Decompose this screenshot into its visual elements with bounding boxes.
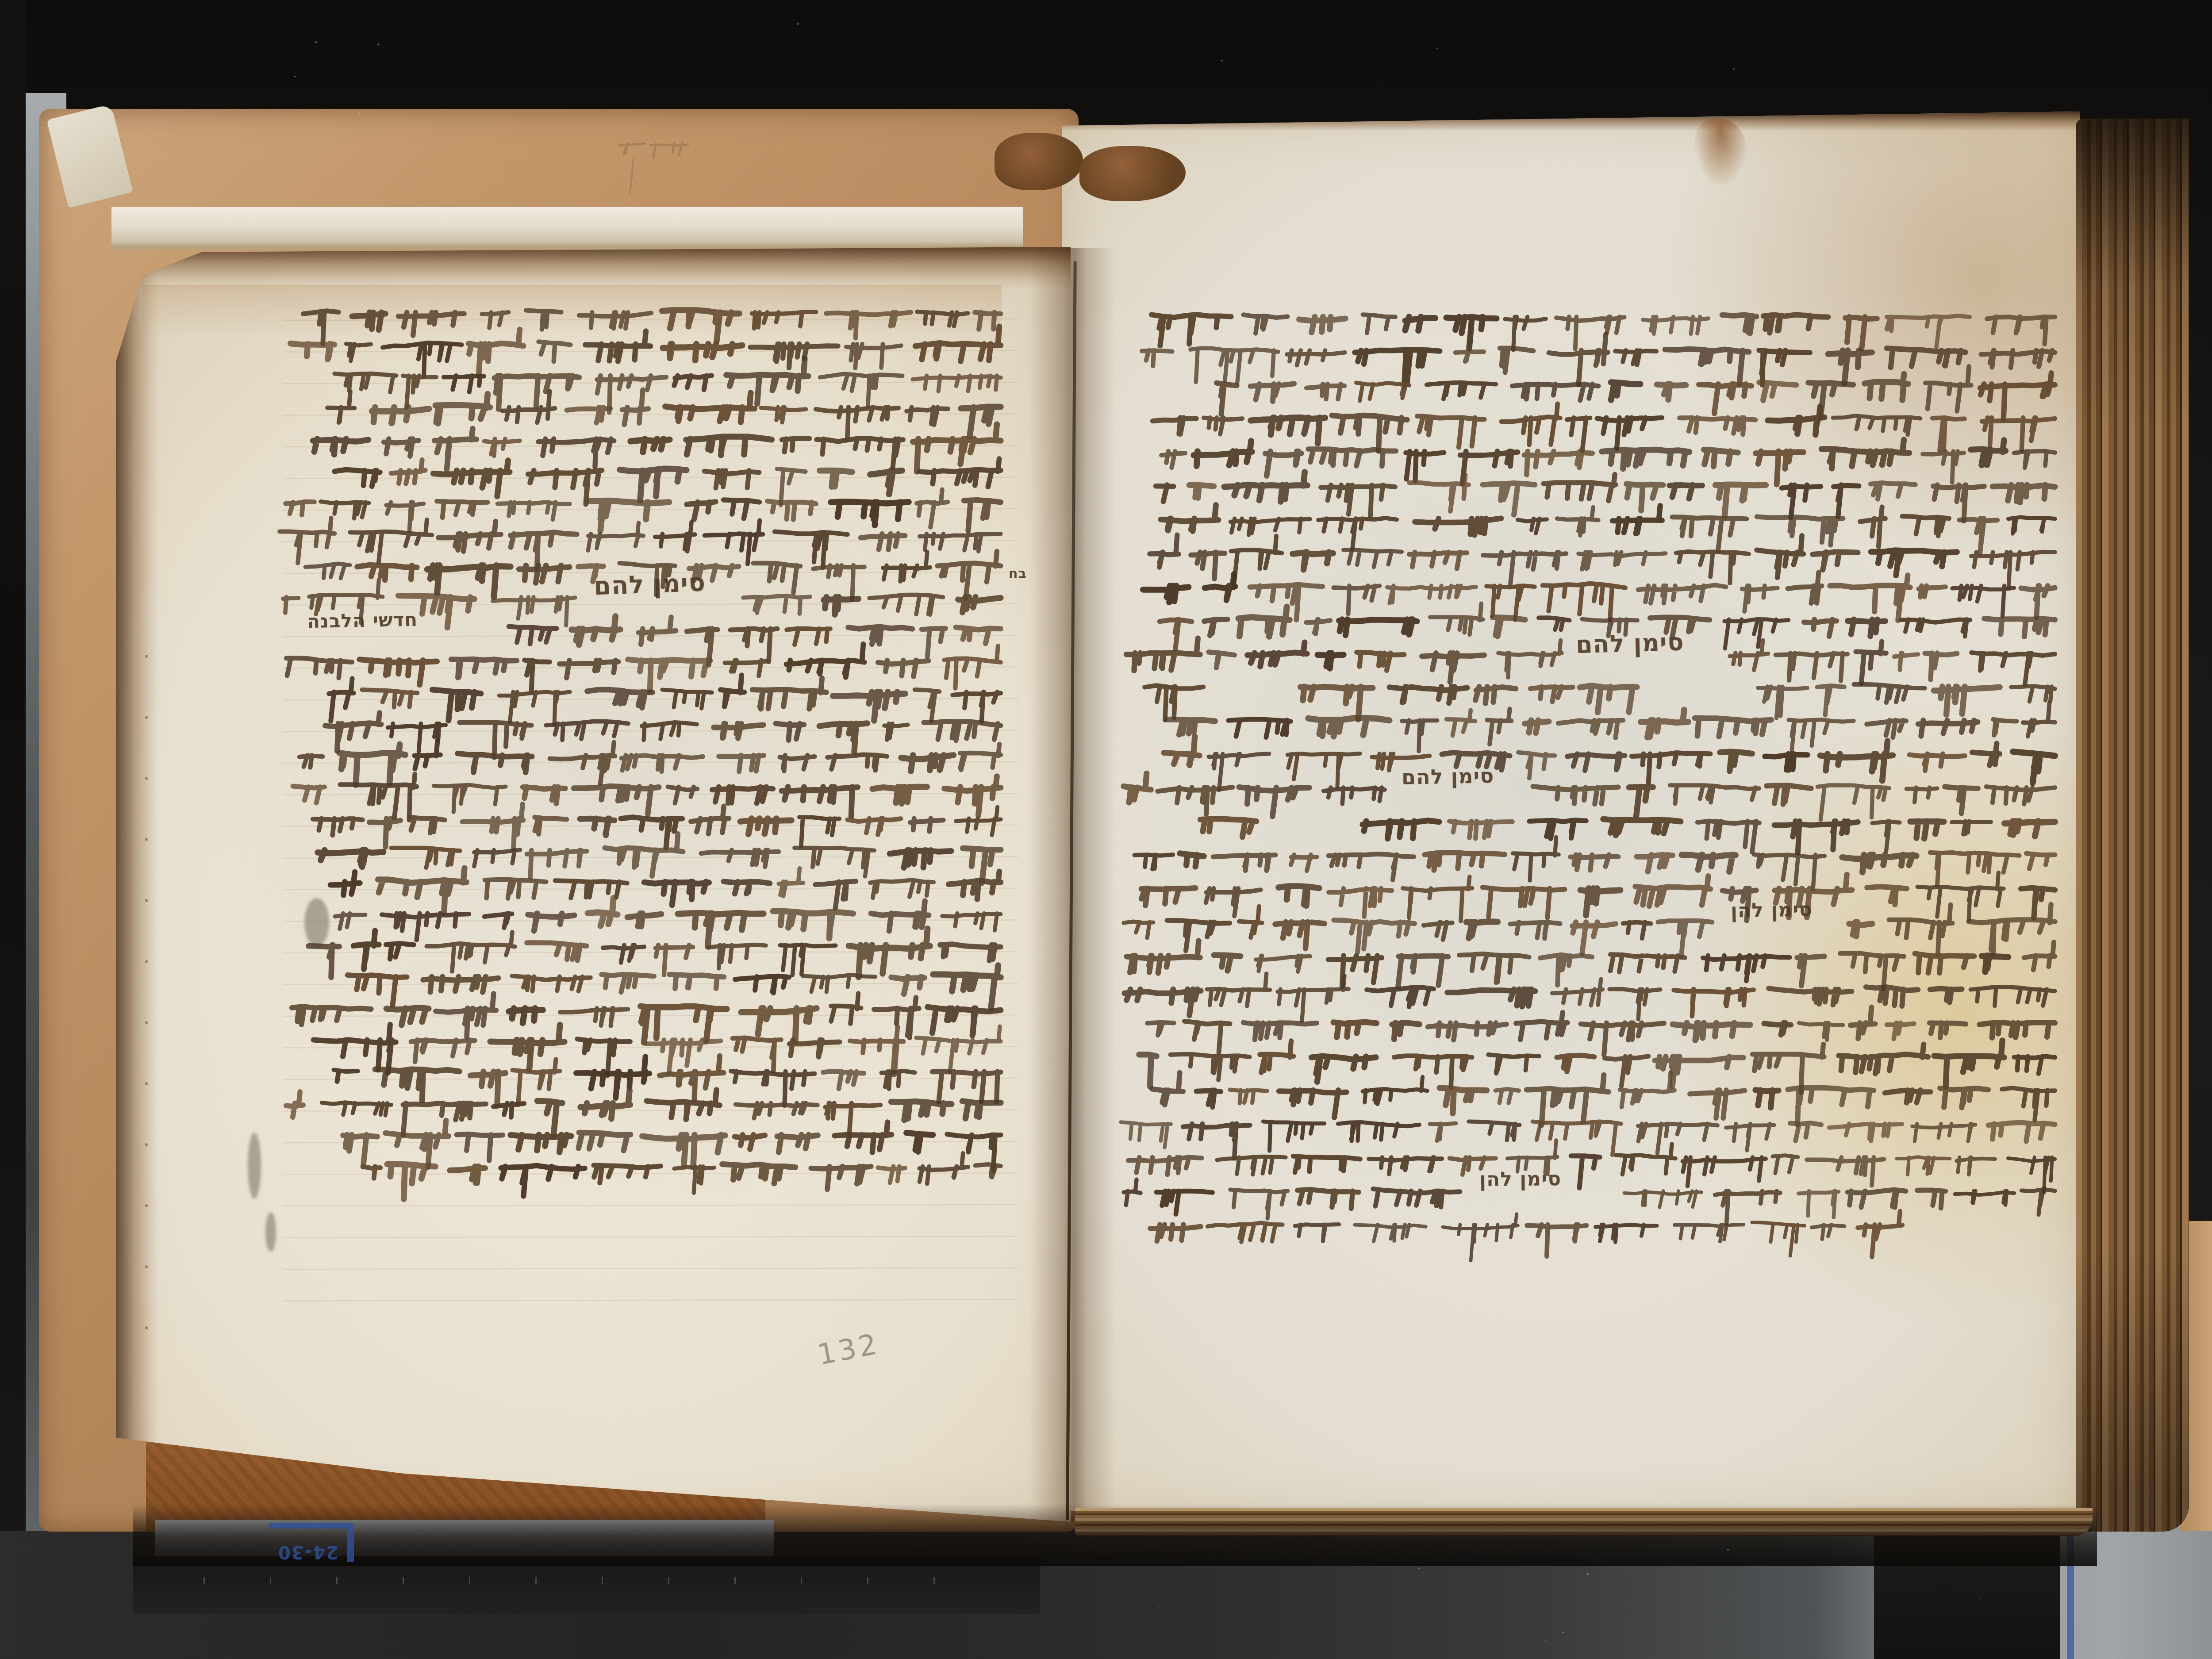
prick-hole [145,838,148,841]
prick-hole [145,1204,148,1207]
dust-speck [1221,60,1222,61]
dust-speck [1733,68,1735,70]
dust-speck [1980,1598,1981,1599]
legible-phrase: סימן להן [1731,900,1813,921]
manuscript-photograph: סימן להםחדשי הלבנהבחסימן להםסימן להםסימן… [0,0,2212,1659]
handwriting-ink-layer [0,0,2212,1659]
prick-hole [145,777,148,780]
archival-stamp-text: 24-30 [277,1542,338,1562]
dust-speck [1545,1640,1546,1641]
dust-speck [797,23,799,25]
dust-speck [1436,48,1438,49]
dust-speck [315,41,317,43]
prick-hole [145,1265,148,1268]
prick-hole [145,899,148,902]
legible-phrase: חדשי הלבנה [307,611,418,631]
prick-hole [145,716,148,719]
prick-hole [145,1326,148,1329]
legible-phrase: סימן להם [593,571,706,599]
archival-stamp: 24-30 [269,1523,354,1562]
legible-phrase: סימן להם [1575,630,1684,657]
ink-smudge-3 [265,1212,276,1252]
prick-hole [145,655,148,658]
legible-phrase: סימן להן [1479,1169,1561,1190]
prick-hole [145,1021,148,1024]
legible-phrase: סימן להם [1402,765,1494,787]
prick-hole [145,960,148,963]
dust-speck [1562,1632,1564,1634]
legible-phrase: בח [1009,567,1027,580]
prick-hole [145,1143,148,1146]
ink-smudge-2 [248,1133,261,1199]
ink-smudge-1 [304,898,329,947]
prick-hole [145,1082,148,1085]
